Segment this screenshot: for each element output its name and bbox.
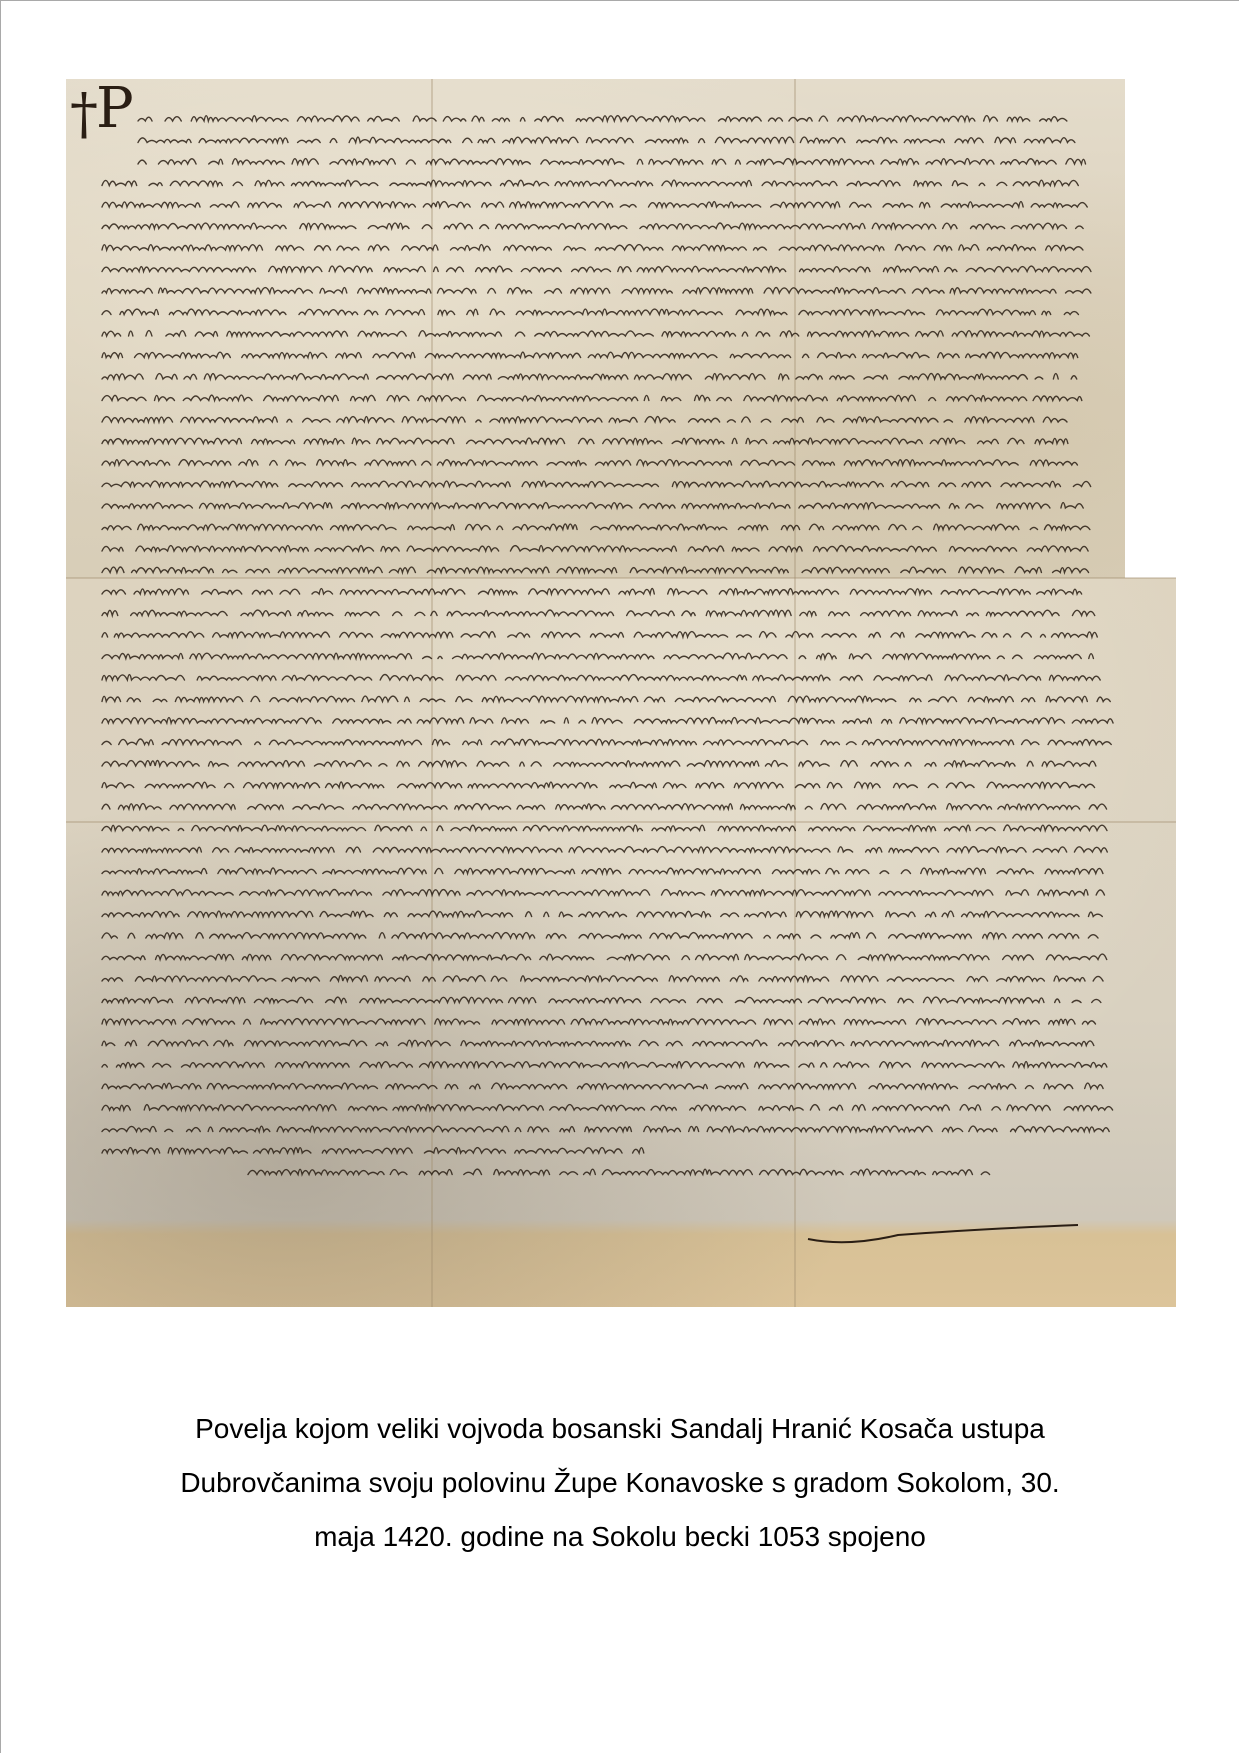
handwritten-text <box>88 99 1158 1299</box>
caption-line: Dubrovčanima svoju polovinu Župe Konavos… <box>60 1456 1180 1510</box>
caption-line: Povelja kojom veliki vojvoda bosanski Sa… <box>60 1402 1180 1456</box>
caption: Povelja kojom veliki vojvoda bosanski Sa… <box>60 1402 1180 1564</box>
caption-line: maja 1420. godine na Sokolu becki 1053 s… <box>60 1510 1180 1564</box>
charter-image: † Р <box>66 79 1176 1307</box>
